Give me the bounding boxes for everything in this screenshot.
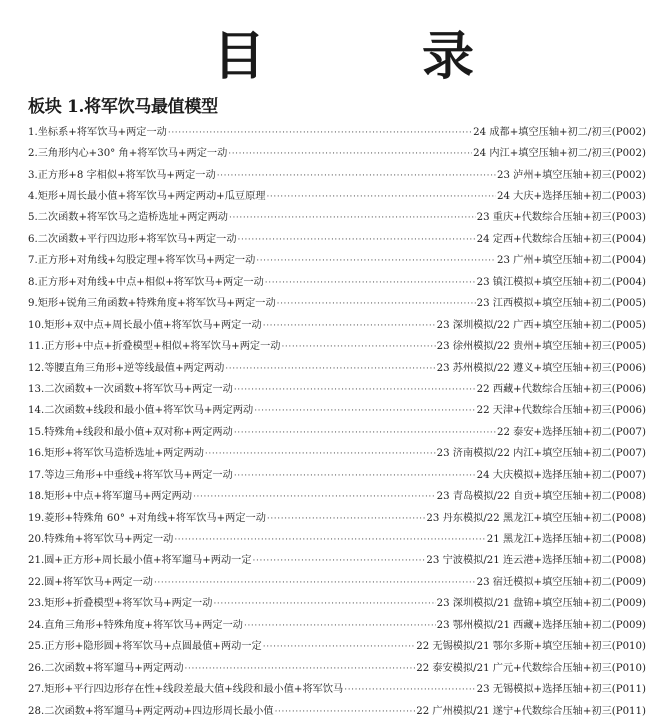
entry-topic: 矩形+平行四边形存在性+线段差最大值+线段和最小值+将军饮马 (44, 683, 343, 697)
entry-topic: 等腰直角三角形+逆等线最值+两定两动 (44, 362, 224, 376)
dot-leader (254, 404, 475, 418)
dot-leader (205, 447, 436, 461)
entry-number: 6. (28, 233, 38, 247)
dot-leader (225, 362, 435, 376)
dot-leader (228, 147, 472, 161)
entry-topic: 正方形+8 字相似+将军饮马+两定一动 (38, 169, 216, 183)
dot-leader (275, 705, 416, 719)
entry-number: 1. (28, 126, 38, 140)
entry-number: 11. (28, 340, 44, 354)
entry-topic: 坐标系+将军饮马+两定一动 (38, 126, 167, 140)
toc-entry[interactable]: 27.矩形+平行四边形存在性+线段差最大值+线段和最小值+将军饮马23 无锡模拟… (28, 679, 646, 700)
entry-number: 9. (28, 297, 38, 311)
entry-topic: 矩形+折叠模型+将军饮马+两定一动 (44, 597, 212, 611)
toc-entry[interactable]: 23.矩形+折叠模型+将军饮马+两定一动23 深圳模拟/21 盘锦+填空压轴+初… (28, 594, 646, 615)
entry-topic: 二次函数+平行四边形+将军饮马+两定一动 (38, 233, 237, 247)
entry-topic: 菱形+特殊角 60° +对角线+将军饮马+两定一动 (44, 512, 266, 526)
toc-entry[interactable]: 12.等腰直角三角形+逆等线最值+两定两动23 苏州模拟/22 遵义+填空压轴+… (28, 358, 646, 379)
dot-leader (168, 126, 472, 140)
dot-leader (185, 662, 416, 676)
entry-number: 22. (28, 576, 44, 590)
entry-number: 21. (28, 554, 44, 568)
toc-entry[interactable]: 13.二次函数+一次函数+将军饮马+两定一动22 西藏+代数综合压轴+初三(P0… (28, 379, 646, 400)
entry-source: 23 深圳模拟/21 盘锦+填空压轴+初二(P009) (437, 597, 646, 611)
entry-source: 22 西藏+代数综合压轴+初三(P006) (477, 383, 646, 397)
entry-topic: 矩形+锐角三角函数+特殊角度+将军饮马+两定一动 (38, 297, 276, 311)
entry-source: 23 济南模拟/22 内江+填空压轴+初二(P007) (437, 447, 646, 461)
entry-topic: 正方形+对角线+中点+相似+将军饮马+两定一动 (38, 276, 264, 290)
dot-leader (229, 211, 476, 225)
entry-source: 23 镇江模拟+填空压轴+初二(P004) (477, 276, 646, 290)
dot-leader (234, 469, 476, 483)
entry-topic: 圆+正方形+周长最小值+将军遛马+两动一定 (44, 554, 251, 568)
toc-entry[interactable]: 18.矩形+中点+将军遛马+两定两动23 青岛模拟/22 自贡+填空压轴+初二(… (28, 486, 646, 507)
entry-source: 23 徐州模拟/22 贵州+填空压轴+初三(P005) (437, 340, 646, 354)
dot-leader (266, 190, 496, 204)
dot-leader (253, 554, 426, 568)
entry-number: 15. (28, 426, 44, 440)
dot-leader (154, 576, 476, 590)
entry-source: 23 泸州+填空压轴+初三(P002) (497, 169, 646, 183)
toc-entry[interactable]: 2.三角形内心+30° 角+将军饮马+两定一动24 内江+填空压轴+初二/初三(… (28, 143, 646, 164)
entry-number: 5. (28, 211, 38, 225)
entry-number: 13. (28, 383, 44, 397)
entry-source: 22 无锡模拟/21 鄂尔多斯+填空压轴+初三(P010) (416, 640, 646, 654)
section-heading: 板块 1.将军饮马最值模型 (28, 92, 218, 117)
entry-number: 17. (28, 469, 44, 483)
entry-source: 24 大庆模拟+选择压轴+初二(P007) (477, 469, 646, 483)
page-title: 目 录 (0, 14, 661, 84)
entry-source: 24 成都+填空压轴+初二/初三(P002) (473, 126, 646, 140)
entry-source: 23 广州+填空压轴+初二(P004) (497, 254, 646, 268)
dot-leader (263, 319, 436, 333)
entry-number: 18. (28, 490, 44, 504)
toc-entry[interactable]: 28.二次函数+将军遛马+两定两动+四边形周长最小值22 广州模拟/21 遂宁+… (28, 701, 646, 720)
entry-topic: 二次函数+一次函数+将军饮马+两定一动 (44, 383, 233, 397)
entry-topic: 二次函数+线段和最小值+将军饮马+两定两动 (44, 404, 253, 418)
dot-leader (244, 619, 436, 633)
entry-source: 22 泰安模拟/21 广元+代数综合压轴+初三(P010) (416, 662, 646, 676)
toc-entry[interactable]: 11.正方形+中点+折叠模型+相似+将军饮马+两定一动23 徐州模拟/22 贵州… (28, 336, 646, 357)
entry-number: 28. (28, 705, 44, 719)
entry-number: 8. (28, 276, 38, 290)
toc-entry[interactable]: 22.圆+将军饮马+两定一动23 宿迁模拟+填空压轴+初二(P009) (28, 572, 646, 593)
dot-leader (234, 426, 496, 440)
entry-number: 3. (28, 169, 38, 183)
entry-source: 24 内江+填空压轴+初二/初三(P002) (473, 147, 646, 161)
dot-leader (238, 233, 476, 247)
toc-entry[interactable]: 6.二次函数+平行四边形+将军饮马+两定一动24 定西+代数综合压轴+初三(P0… (28, 229, 646, 250)
toc-entry[interactable]: 3.正方形+8 字相似+将军饮马+两定一动23 泸州+填空压轴+初三(P002) (28, 165, 646, 186)
entry-topic: 矩形+中点+将军遛马+两定两动 (44, 490, 192, 504)
entry-number: 24. (28, 619, 44, 633)
entry-topic: 正方形+中点+折叠模型+相似+将军饮马+两定一动 (44, 340, 280, 354)
entry-topic: 三角形内心+30° 角+将军饮马+两定一动 (38, 147, 228, 161)
entry-source: 23 丹东模拟/22 黑龙江+填空压轴+初二(P008) (426, 512, 646, 526)
entry-topic: 二次函数+将军遛马+两定两动+四边形周长最小值 (44, 705, 273, 719)
entry-source: 21 黑龙江+选择压轴+初二(P008) (487, 533, 646, 547)
dot-leader (263, 640, 415, 654)
entry-topic: 矩形+将军饮马造桥选址+两定两动 (44, 447, 204, 461)
entry-topic: 二次函数+将军饮马之造桥选址+两定两动 (38, 211, 228, 225)
entry-number: 16. (28, 447, 44, 461)
entry-source: 23 江西模拟+填空压轴+初二(P005) (477, 297, 646, 311)
entry-number: 2. (28, 147, 38, 161)
toc-list: 1.坐标系+将军饮马+两定一动24 成都+填空压轴+初二/初三(P002) 2.… (28, 122, 646, 720)
toc-entry[interactable]: 16.矩形+将军饮马造桥选址+两定两动23 济南模拟/22 内江+填空压轴+初二… (28, 444, 646, 465)
entry-number: 7. (28, 254, 38, 268)
entry-topic: 直角三角形+特殊角度+将军饮马+两定一动 (44, 619, 243, 633)
dot-leader (234, 383, 476, 397)
entry-source: 23 鄂州模拟/21 西藏+选择压轴+初二(P009) (437, 619, 646, 633)
entry-source: 23 宁波模拟/21 连云港+选择压轴+初二(P008) (426, 554, 646, 568)
entry-source: 24 定西+代数综合压轴+初三(P004) (477, 233, 646, 247)
dot-leader (213, 597, 435, 611)
entry-topic: 矩形+周长最小值+将军饮马+两定两动+瓜豆原理 (38, 190, 266, 204)
entry-topic: 二次函数+将军遛马+两定两动 (44, 662, 183, 676)
entry-number: 19. (28, 512, 44, 526)
toc-entry[interactable]: 10.矩形+双中点+周长最小值+将军饮马+两定一动23 深圳模拟/22 广西+填… (28, 315, 646, 336)
toc-entry[interactable]: 25.正方形+隐形圆+将军饮马+点圆最值+两动一定22 无锡模拟/21 鄂尔多斯… (28, 637, 646, 658)
toc-entry[interactable]: 14.二次函数+线段和最小值+将军饮马+两定两动22 天津+代数综合压轴+初三(… (28, 401, 646, 422)
entry-number: 23. (28, 597, 44, 611)
toc-entry[interactable]: 8.正方形+对角线+中点+相似+将军饮马+两定一动23 镇江模拟+填空压轴+初二… (28, 272, 646, 293)
toc-entry[interactable]: 24.直角三角形+特殊角度+将军饮马+两定一动23 鄂州模拟/21 西藏+选择压… (28, 615, 646, 636)
entry-source: 23 无锡模拟+选择压轴+初三(P011) (477, 683, 646, 697)
entry-topic: 等边三角形+中垂线+将军饮马+两定一动 (44, 469, 233, 483)
entry-number: 25. (28, 640, 44, 654)
toc-entry[interactable]: 1.坐标系+将军饮马+两定一动24 成都+填空压轴+初二/初三(P002) (28, 122, 646, 143)
dot-leader (265, 276, 476, 290)
page-title-char-1: 目 (213, 14, 265, 89)
entry-topic: 正方形+对角线+勾股定理+将军饮马+两定一动 (38, 254, 256, 268)
dot-leader (193, 490, 436, 504)
entry-number: 10. (28, 319, 44, 333)
entry-topic: 正方形+隐形圆+将军饮马+点圆最值+两动一定 (44, 640, 262, 654)
entry-number: 26. (28, 662, 44, 676)
entry-source: 23 深圳模拟/22 广西+填空压轴+初二(P005) (437, 319, 646, 333)
entry-source: 22 泰安+选择压轴+初二(P007) (497, 426, 646, 440)
dot-leader (174, 533, 485, 547)
entry-topic: 特殊角+将军饮马+两定一动 (44, 533, 173, 547)
dot-leader (267, 512, 426, 526)
entry-number: 4. (28, 190, 38, 204)
dot-leader (344, 683, 475, 697)
toc-entry[interactable]: 5.二次函数+将军饮马之造桥选址+两定两动23 重庆+代数综合压轴+初三(P00… (28, 208, 646, 229)
toc-entry[interactable]: 26.二次函数+将军遛马+两定两动22 泰安模拟/21 广元+代数综合压轴+初三… (28, 658, 646, 679)
toc-entry[interactable]: 20.特殊角+将军饮马+两定一动21 黑龙江+选择压轴+初二(P008) (28, 529, 646, 550)
entry-source: 22 天津+代数综合压轴+初三(P006) (477, 404, 646, 418)
entry-source: 23 苏州模拟/22 遵义+填空压轴+初三(P006) (437, 362, 646, 376)
toc-entry[interactable]: 9.矩形+锐角三角函数+特殊角度+将军饮马+两定一动23 江西模拟+填空压轴+初… (28, 294, 646, 315)
dot-leader (281, 340, 435, 354)
entry-number: 14. (28, 404, 44, 418)
entry-topic: 圆+将军饮马+两定一动 (44, 576, 153, 590)
entry-number: 12. (28, 362, 44, 376)
toc-entry[interactable]: 7.正方形+对角线+勾股定理+将军饮马+两定一动23 广州+填空压轴+初二(P0… (28, 251, 646, 272)
entry-topic: 矩形+双中点+周长最小值+将军饮马+两定一动 (44, 319, 262, 333)
page-title-char-2: 录 (422, 14, 474, 89)
entry-source: 23 宿迁模拟+填空压轴+初二(P009) (477, 576, 646, 590)
toc-entry[interactable]: 15.特殊角+线段和最小值+双对称+两定两动22 泰安+选择压轴+初二(P007… (28, 422, 646, 443)
entry-topic: 特殊角+线段和最小值+双对称+两定两动 (44, 426, 233, 440)
entry-number: 27. (28, 683, 44, 697)
entry-source: 24 大庆+选择压轴+初二(P003) (497, 190, 646, 204)
entry-source: 23 青岛模拟/22 自贡+填空压轴+初二(P008) (437, 490, 646, 504)
toc-entry[interactable]: 21.圆+正方形+周长最小值+将军遛马+两动一定23 宁波模拟/21 连云港+选… (28, 551, 646, 572)
toc-entry[interactable]: 17.等边三角形+中垂线+将军饮马+两定一动24 大庆模拟+选择压轴+初二(P0… (28, 465, 646, 486)
dot-leader (277, 297, 476, 311)
entry-number: 20. (28, 533, 44, 547)
entry-source: 22 广州模拟/21 遂宁+代数综合压轴+初三(P011) (416, 705, 646, 719)
entry-source: 23 重庆+代数综合压轴+初三(P003) (477, 211, 646, 225)
dot-leader (217, 169, 496, 183)
toc-entry[interactable]: 19.菱形+特殊角 60° +对角线+将军饮马+两定一动23 丹东模拟/22 黑… (28, 508, 646, 529)
toc-entry[interactable]: 4.矩形+周长最小值+将军饮马+两定两动+瓜豆原理24 大庆+选择压轴+初二(P… (28, 186, 646, 207)
dot-leader (256, 254, 496, 268)
